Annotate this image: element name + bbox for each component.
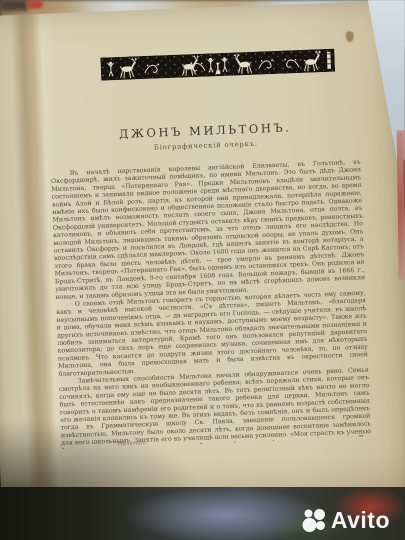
paragraph-1: Въ началѣ царствованія королевы англійск… (51, 158, 366, 301)
body-text: Въ началѣ царствованія королевы англійск… (51, 158, 372, 450)
avito-logo-icon (302, 508, 327, 533)
book-page-photo: ДЖОНЪ МИЛЬТОНЪ. Біографическій очеркъ. В… (0, 0, 405, 540)
avito-watermark: Avito (302, 508, 390, 533)
book-cover-red-edge (26, 0, 43, 9)
footer-mark (359, 435, 363, 437)
paragraph-2: О своемъ отцѣ Мильтонъ говоритъ съ гордо… (56, 289, 369, 378)
background-dark-corner (0, 0, 28, 11)
page-stain (346, 31, 354, 42)
avito-wordmark: Avito (331, 509, 390, 532)
stag-ornament-headpiece-icon (100, 49, 335, 81)
